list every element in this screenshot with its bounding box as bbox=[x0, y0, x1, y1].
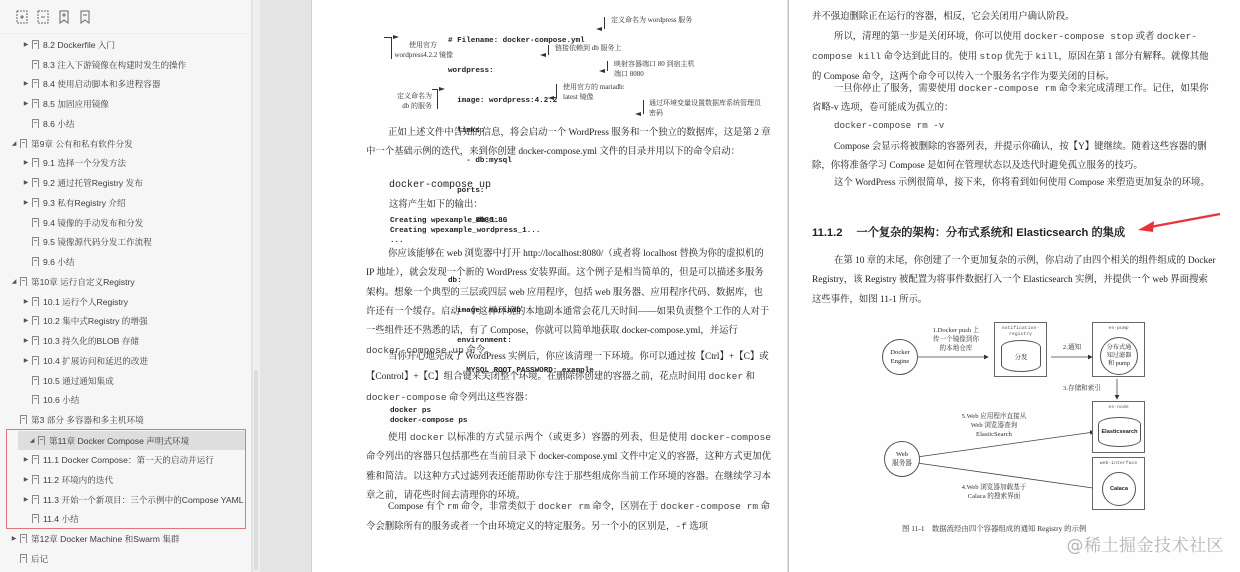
bookmark-icon bbox=[20, 277, 27, 286]
bookmark-icon bbox=[32, 475, 39, 484]
annotation-mariadb: 使用官方的 mariadb:latest 镜像 bbox=[563, 82, 625, 102]
bookmark-label: 9.2 通过托管Registry 发布 bbox=[43, 177, 143, 189]
bookmark-label: 第9章 公有和私有软件分发 bbox=[31, 138, 133, 150]
bookmark-label: 11.1 Docker Compose：第一天的启动并运行 bbox=[43, 454, 214, 466]
code-docker-compose-up: docker-compose up bbox=[389, 180, 491, 192]
collapsed-triangle-icon[interactable]: ▶ bbox=[22, 496, 30, 503]
annotation-arrow bbox=[548, 45, 549, 55]
bookmark-label: 11.4 小结 bbox=[43, 513, 79, 525]
bookmark-item[interactable]: ▶11.3 开始一个新项目：三个示例中的Compose YAML bbox=[0, 490, 250, 509]
bookmark-label: 8.5 加固应用镜像 bbox=[43, 98, 109, 110]
paragraph: 所以，清理的第一步是关闭环境，你可以使用 docker-compose stop… bbox=[812, 27, 1217, 87]
bookmark-item[interactable]: ▶11.2 环境内的迭代 bbox=[0, 470, 250, 489]
bookmark-item[interactable]: 10.6 小结 bbox=[0, 390, 250, 409]
annotation-env-password: 通过环境变量设置数据库系统管理员密码 bbox=[649, 98, 761, 118]
remove-bookmark-icon[interactable] bbox=[79, 10, 91, 24]
annotation-db-service: 定义命名为db 的服务 bbox=[392, 91, 432, 111]
bookmark-icon bbox=[32, 158, 39, 167]
bookmark-item[interactable]: ▶10.2 集中式Registry 的增强 bbox=[0, 311, 250, 330]
paragraph: 正如上述文件中告知的信息，将会启动一个 WordPress 服务和一个独立的数据… bbox=[366, 124, 771, 163]
bookmark-label: 9.1 选择一个分发方法 bbox=[43, 157, 126, 169]
bookmark-icon bbox=[32, 198, 39, 207]
docker-engine-node: DockerEngine bbox=[882, 339, 918, 375]
bookmark-icon bbox=[32, 79, 39, 88]
annotation-wordpress-service: 定义命名为 wordpress 服务 bbox=[611, 15, 692, 25]
bookmark-item[interactable]: ▶10.1 运行个人Registry bbox=[0, 292, 250, 311]
bookmark-item[interactable]: ▶11.1 Docker Compose：第一天的启动并运行 bbox=[0, 450, 250, 469]
bookmark-item[interactable]: 10.5 通过通知集成 bbox=[0, 371, 250, 390]
bookmark-icon bbox=[32, 336, 39, 345]
expanded-triangle-icon[interactable]: ◢ bbox=[10, 278, 18, 285]
bookmark-icon bbox=[32, 297, 39, 306]
paragraph: 你应该能够在 web 浏览器中打开 http://localhost:8080/… bbox=[366, 245, 771, 362]
collapsed-triangle-icon[interactable]: ▶ bbox=[22, 298, 30, 305]
collapsed-triangle-icon[interactable]: ▶ bbox=[22, 80, 30, 87]
annotation-arrow bbox=[643, 100, 644, 114]
bookmark-item[interactable]: 第3 部分 多容器和多主机环境 bbox=[0, 410, 250, 429]
bookmark-label: 10.5 通过通知集成 bbox=[43, 375, 114, 387]
section-heading: 11.1.2一个复杂的架构：分布式系统和 Elasticsearch 的集成 bbox=[812, 224, 1125, 240]
figure-caption: 图 11-1 数据流经由四个容器组成的通知 Registry 的示例 bbox=[902, 523, 1086, 534]
es-pump-node: 分布式通知过滤器和 pump bbox=[1100, 337, 1138, 375]
annotation-port-map: 映射容器端口 80 到宿主机端口 8080 bbox=[614, 59, 695, 79]
bookmark-item[interactable]: ▶9.3 私有Registry 介绍 bbox=[0, 193, 250, 212]
bookmark-item[interactable]: 11.4 小结 bbox=[0, 509, 250, 528]
collapsed-triangle-icon[interactable]: ▶ bbox=[22, 357, 30, 364]
red-arrow-annotation bbox=[1134, 210, 1224, 234]
web-server-node: Web服务器 bbox=[884, 441, 920, 477]
annotation-arrow bbox=[384, 37, 392, 59]
bookmark-label: 8.6 小结 bbox=[43, 118, 75, 130]
bookmark-label: 11.2 环境内的迭代 bbox=[43, 474, 113, 486]
collapse-all-icon[interactable] bbox=[37, 10, 49, 24]
watermark: @稀土掘金技术社区 bbox=[1067, 531, 1225, 556]
expanded-triangle-icon[interactable]: ◢ bbox=[28, 437, 36, 444]
bookmark-label: 10.4 扩展访问和延迟的改进 bbox=[43, 355, 148, 367]
bookmark-icon bbox=[32, 495, 39, 504]
bookmark-icon bbox=[32, 395, 39, 404]
diagram-step-1: 1.Docker push 上传一个镜像到你的本地仓库 bbox=[925, 326, 987, 353]
bookmark-icon bbox=[20, 534, 27, 543]
code-compose-rm: docker-compose rm -v bbox=[834, 121, 944, 131]
collapsed-triangle-icon[interactable]: ▶ bbox=[22, 337, 30, 344]
bookmark-item[interactable]: ◢第11章 Docker Compose 声明式环境 bbox=[18, 431, 246, 450]
bookmark-item[interactable]: 9.5 镜像源代码分发工作流程 bbox=[0, 232, 250, 251]
bookmark-item[interactable]: ▶10.3 持久化的BLOB 存储 bbox=[0, 331, 250, 350]
annotation-links: 链接依赖到 db 服务上 bbox=[555, 43, 622, 53]
bookmark-label: 10.1 运行个人Registry bbox=[43, 296, 128, 308]
bookmark-item[interactable]: ▶10.4 扩展访问和延迟的改进 bbox=[0, 351, 250, 370]
calaca-node: Calaca bbox=[1102, 472, 1136, 506]
sidebar-scrollbar[interactable] bbox=[253, 0, 260, 572]
bookmark-icon bbox=[20, 415, 27, 424]
elasticsearch-cylinder: Elasticsearch bbox=[1098, 417, 1141, 447]
bookmark-item[interactable]: 8.6 小结 bbox=[0, 114, 250, 133]
es-pump-container: es-pump 分布式通知过滤器和 pump bbox=[1092, 322, 1145, 377]
bookmark-item[interactable]: ▶8.5 加固应用镜像 bbox=[0, 94, 250, 113]
bookmark-icon bbox=[32, 99, 39, 108]
annotation-arrow bbox=[556, 84, 557, 98]
bookmark-icon bbox=[32, 356, 39, 365]
bookmark-label: 第10章 运行自定义Registry bbox=[31, 276, 135, 288]
bookmark-label: 8.4 使用启动脚本和多进程容器 bbox=[43, 78, 160, 90]
collapsed-triangle-icon[interactable]: ▶ bbox=[22, 179, 30, 186]
bookmark-item[interactable]: ▶9.1 选择一个分发方法 bbox=[0, 153, 250, 172]
bookmark-label: 10.2 集中式Registry 的增强 bbox=[43, 315, 148, 327]
bookmark-item[interactable]: ◢第9章 公有和私有软件分发 bbox=[0, 134, 250, 153]
bookmark-icon bbox=[32, 218, 39, 227]
expanded-triangle-icon[interactable]: ◢ bbox=[10, 140, 18, 147]
scrollbar-thumb[interactable] bbox=[254, 370, 258, 570]
distribution-cylinder: 分发 bbox=[1001, 340, 1041, 372]
bookmark-icon bbox=[32, 178, 39, 187]
annotation-arrow bbox=[607, 61, 608, 71]
bookmark-label: 后记 bbox=[31, 553, 48, 565]
es-node-container: es-node Elasticsearch bbox=[1092, 401, 1145, 453]
collapsed-triangle-icon[interactable]: ▶ bbox=[22, 199, 30, 206]
bookmark-item[interactable]: ▶第12章 Docker Machine 和Swarm 集群 bbox=[0, 529, 250, 548]
paragraph: 这个 WordPress 示例很简单，接下来，你将看到如何使用 Compose … bbox=[812, 174, 1217, 193]
bookmark-label: 8.2 Dockerfile 入门 bbox=[43, 39, 115, 51]
annotation-arrow bbox=[432, 89, 438, 109]
diagram-step-2: 2.通知 bbox=[1052, 343, 1092, 352]
web-interface-container: web-interface Calaca bbox=[1092, 457, 1145, 510]
bookmark-item[interactable]: 8.3 注入下游镜像在构建时发生的操作 bbox=[0, 55, 250, 74]
bookmark-item[interactable]: ▶8.4 使用启动脚本和多进程容器 bbox=[0, 74, 250, 93]
bookmark-label: 10.3 持久化的BLOB 存储 bbox=[43, 335, 139, 347]
paragraph: 当你开心地完成了 WordPress 实例后，你应该清理一下环境。你可以通过按【… bbox=[366, 348, 771, 408]
bookmark-item[interactable]: 后记 bbox=[0, 549, 250, 568]
paragraph: 一旦你停止了服务，需要使用 docker-compose rm 命令来完成清理工… bbox=[812, 79, 1217, 119]
notification-registry-container: notification-registry 分发 bbox=[994, 322, 1047, 377]
bookmark-icon bbox=[32, 40, 39, 49]
code-docker-ps: docker ps docker-compose ps bbox=[390, 406, 467, 426]
add-bookmark-icon[interactable] bbox=[58, 10, 70, 24]
document-page-right: 并不强迫删除正在运行的容器，相反，它会关闭用户确认阶段。 所以，清理的第一步是关… bbox=[788, 0, 1240, 572]
bookmark-item[interactable]: 9.4 镜像的手动发布和分发 bbox=[0, 213, 250, 232]
bookmark-label: 9.6 小结 bbox=[43, 256, 75, 268]
paragraph: Compose 有个 rm 命令，非常类似于 docker rm 命令，区别在于… bbox=[366, 497, 771, 538]
bookmark-label: 第11章 Docker Compose 声明式环境 bbox=[49, 435, 189, 447]
bookmark-icon bbox=[38, 436, 45, 445]
collapsed-triangle-icon[interactable]: ▶ bbox=[22, 100, 30, 107]
bookmark-icon bbox=[20, 139, 27, 148]
bookmark-item[interactable]: ▶9.2 通过托管Registry 发布 bbox=[0, 173, 250, 192]
paragraph: 使用 docker 以标准的方式显示两个（或更多）容器的列表，但是使用 dock… bbox=[366, 428, 771, 506]
collapsed-triangle-icon[interactable]: ▶ bbox=[22, 476, 30, 483]
bookmark-item[interactable]: ▶8.2 Dockerfile 入门 bbox=[0, 35, 250, 54]
collapsed-triangle-icon[interactable]: ▶ bbox=[22, 317, 30, 324]
bookmark-label: 10.6 小结 bbox=[43, 394, 79, 406]
bookmark-icon bbox=[32, 514, 39, 523]
bookmark-label: 9.5 镜像源代码分发工作流程 bbox=[43, 236, 152, 248]
bookmark-icon bbox=[32, 316, 39, 325]
sidebar-toolbar bbox=[0, 0, 251, 34]
bookmark-label: 8.3 注入下游镜像在构建时发生的操作 bbox=[43, 59, 186, 71]
paragraph: 并不强迫删除正在运行的容器，相反，它会关闭用户确认阶段。 bbox=[812, 8, 1217, 27]
bookmark-label: 9.4 镜像的手动发布和分发 bbox=[43, 217, 143, 229]
bookmark-icon bbox=[32, 237, 39, 246]
bookmark-icon bbox=[20, 554, 27, 563]
bookmark-icon bbox=[32, 119, 39, 128]
bookmark-item[interactable]: ◢第10章 运行自定义Registry bbox=[0, 272, 250, 291]
bookmark-icon bbox=[32, 257, 39, 266]
paragraph: 这将产生如下的输出： bbox=[389, 196, 483, 215]
bookmark-label: 9.3 私有Registry 介绍 bbox=[43, 197, 126, 209]
bookmark-item[interactable]: 9.6 小结 bbox=[0, 252, 250, 271]
collapsed-triangle-icon[interactable]: ▶ bbox=[22, 41, 30, 48]
code-output: Creating wpexample_db_1... Creating wpex… bbox=[390, 216, 540, 246]
paragraph: Compose 会显示将被删除的容器列表，并提示你确认，按【Y】键继续。随着这些… bbox=[812, 138, 1217, 177]
figure-11-1-diagram: DockerEngine 1.Docker push 上传一个镜像到你的本地仓库… bbox=[789, 300, 1240, 540]
diagram-step-5: 5.Web 应用程序直接从Web 浏览器查询ElasticSearch bbox=[949, 412, 1039, 439]
diagram-step-4: 4.Web 浏览器加载基于Calaca 的搜索界面 bbox=[949, 483, 1039, 501]
bookmark-sidebar: ▶8.2 Dockerfile 入门8.3 注入下游镜像在构建时发生的操作▶8.… bbox=[0, 0, 252, 572]
document-page-left: # Filename: docker-compose.yml wordpress… bbox=[311, 0, 787, 572]
diagram-step-3: 3.存储和索引 bbox=[1051, 384, 1113, 393]
bookmark-label: 第12章 Docker Machine 和Swarm 集群 bbox=[31, 533, 180, 545]
bookmark-label: 第3 部分 多容器和多主机环境 bbox=[31, 414, 144, 426]
collapsed-triangle-icon[interactable]: ▶ bbox=[22, 159, 30, 166]
bookmark-label: 11.3 开始一个新项目：三个示例中的Compose YAML bbox=[43, 494, 244, 506]
annotation-arrow bbox=[604, 17, 605, 29]
expand-all-icon[interactable] bbox=[16, 10, 28, 24]
bookmark-icon bbox=[32, 376, 39, 385]
collapsed-triangle-icon[interactable]: ▶ bbox=[10, 535, 18, 542]
collapsed-triangle-icon[interactable]: ▶ bbox=[22, 456, 30, 463]
bookmark-icon bbox=[32, 60, 39, 69]
bookmark-icon bbox=[32, 455, 39, 464]
